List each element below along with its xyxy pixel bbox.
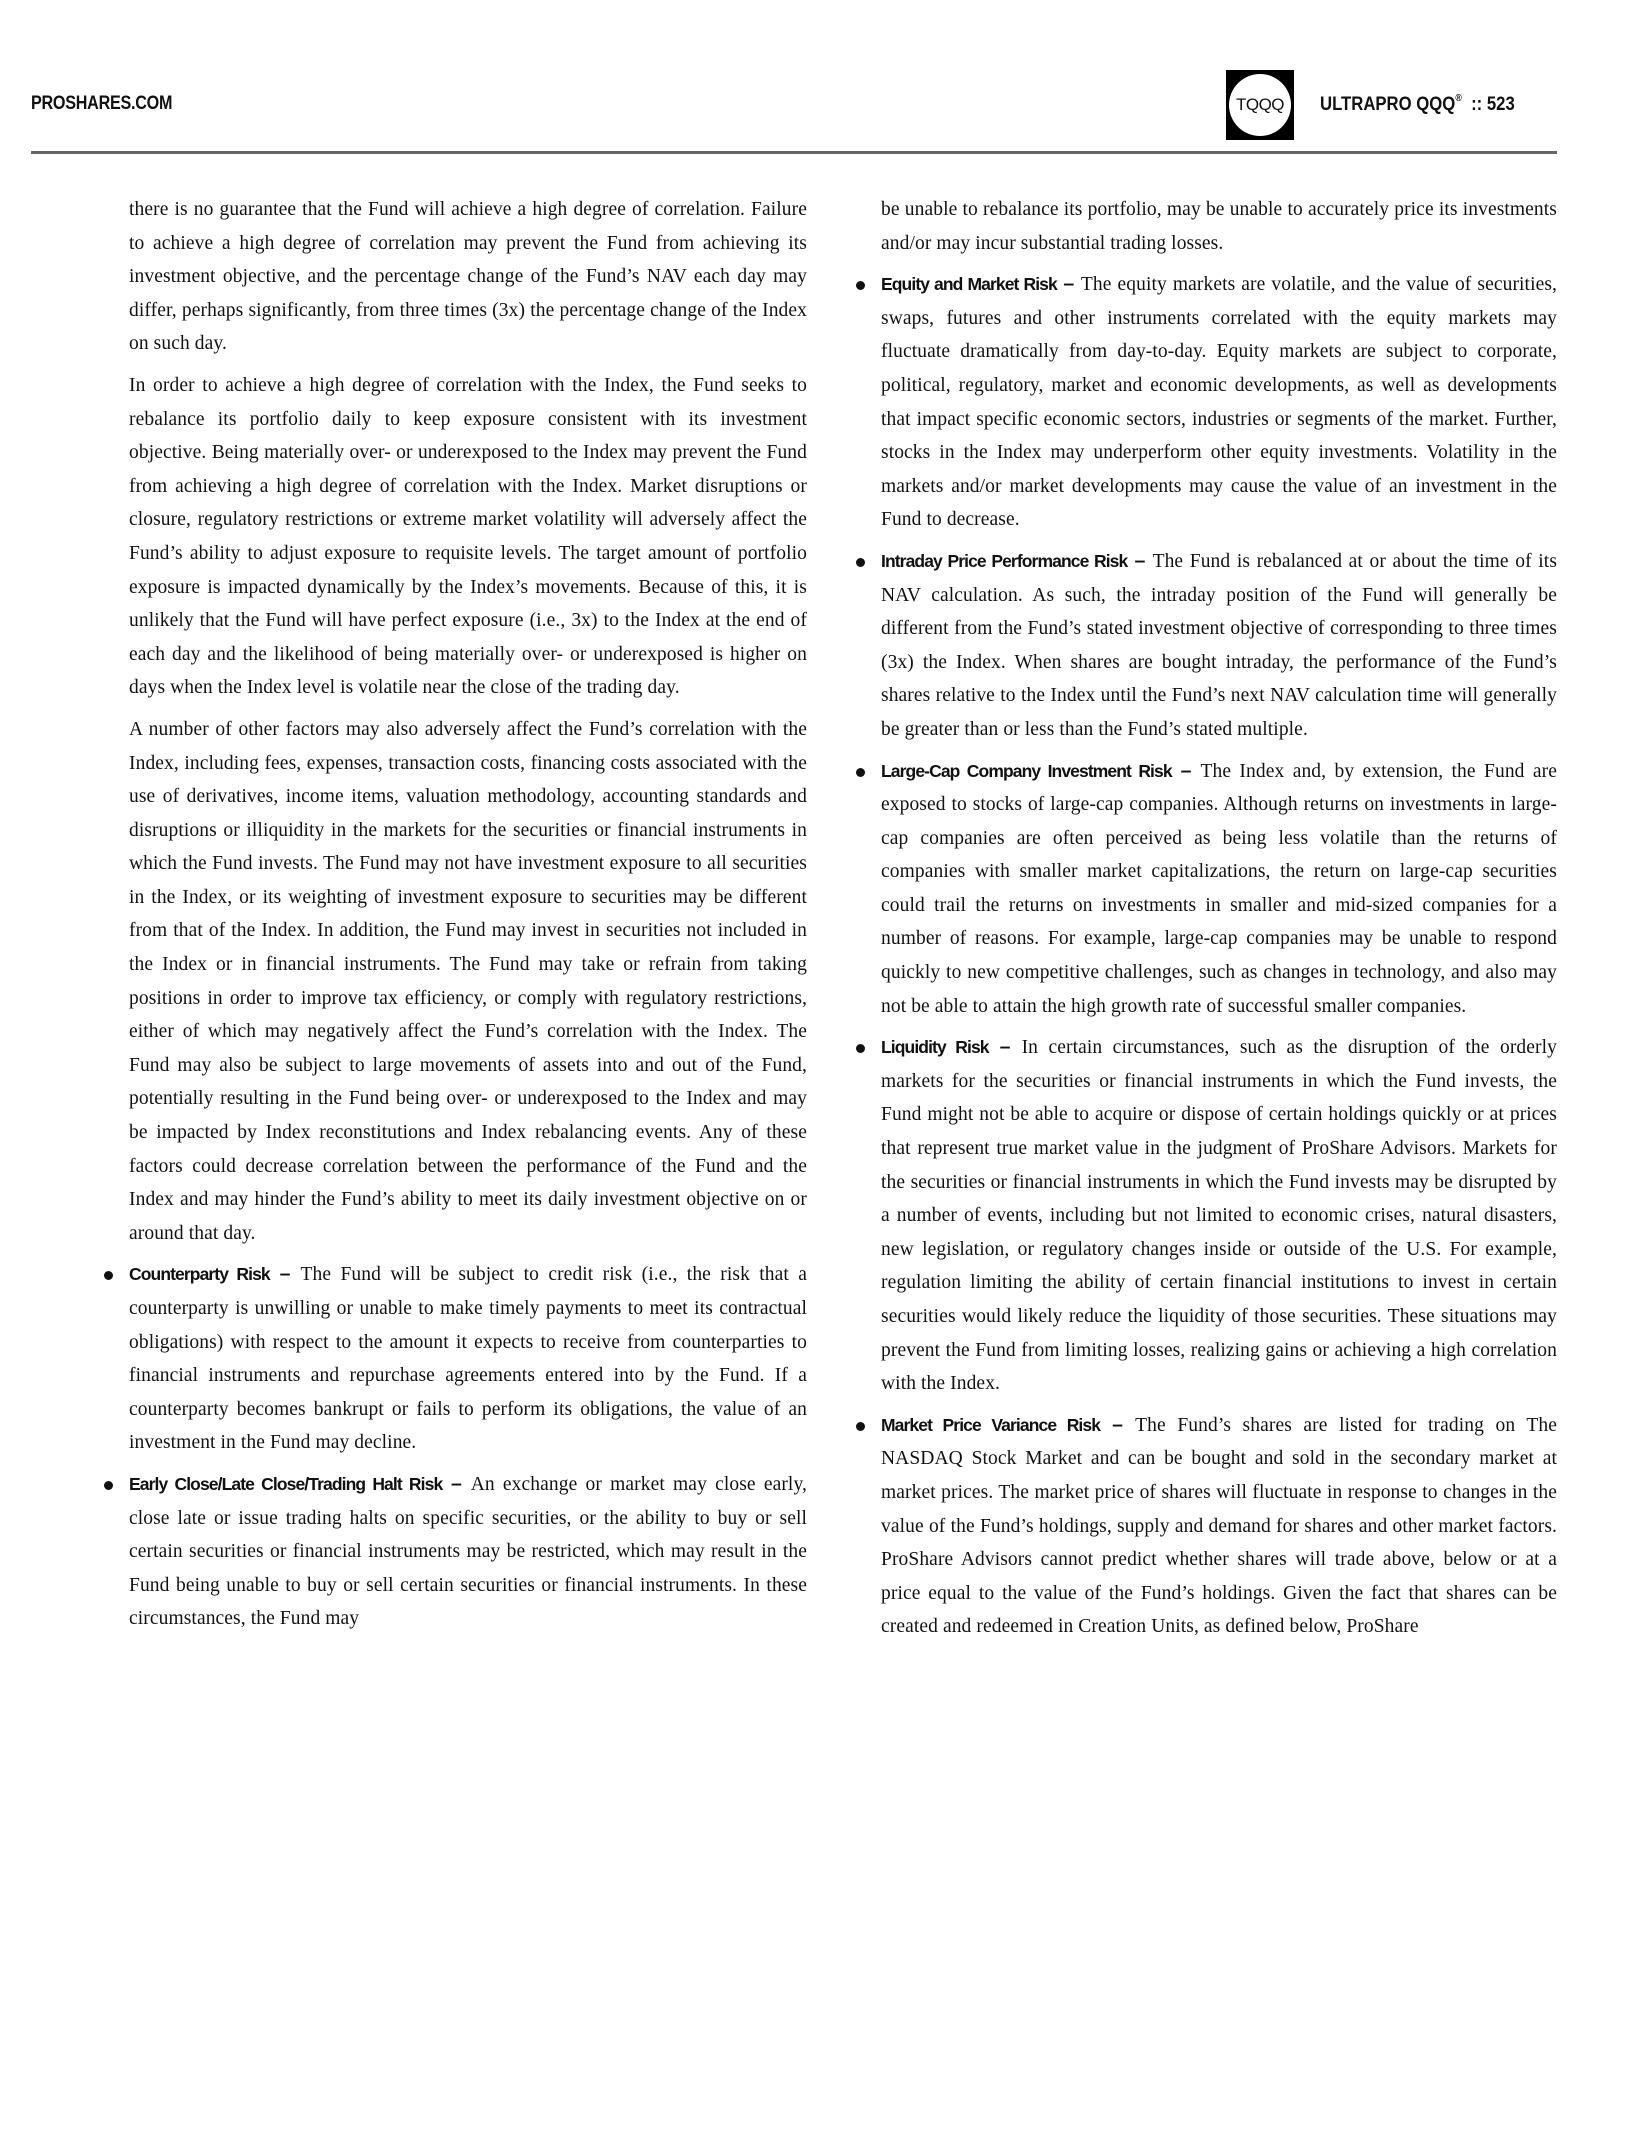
risk-title: Intraday Price Performance Risk bbox=[881, 551, 1127, 571]
ticker-badge-circle: TQQQ bbox=[1229, 74, 1291, 136]
risk-text: The Index and, by extension, the Fund ar… bbox=[881, 761, 1557, 1017]
risk-text: An exchange or market may close early, c… bbox=[129, 1474, 807, 1629]
right-column: be unable to rebalance its portfolio, ma… bbox=[881, 193, 1557, 1652]
risk-item-equity-market: Equity and Market Risk – The equity mark… bbox=[881, 268, 1557, 537]
header-rule bbox=[31, 151, 1557, 154]
risk-title: Early Close/Late Close/Trading Halt Risk bbox=[129, 1474, 442, 1494]
bullet-icon bbox=[856, 1044, 865, 1053]
risk-text: The Fund is rebalanced at or about the t… bbox=[881, 551, 1557, 740]
risk-item-intraday: Intraday Price Performance Risk – The Fu… bbox=[881, 545, 1557, 747]
paragraph: A number of other factors may also adver… bbox=[129, 713, 807, 1251]
em-dash: – bbox=[270, 1263, 301, 1285]
ticker-badge: TQQQ bbox=[1226, 70, 1294, 140]
registered-mark: ® bbox=[1455, 93, 1461, 104]
risk-title: Counterparty Risk bbox=[129, 1264, 270, 1284]
risk-title: Equity and Market Risk bbox=[881, 274, 1057, 294]
risk-title: Market Price Variance Risk bbox=[881, 1415, 1100, 1435]
risk-title: Liquidity Risk bbox=[881, 1037, 989, 1057]
risk-item-large-cap: Large-Cap Company Investment Risk – The … bbox=[881, 755, 1557, 1024]
em-dash: – bbox=[989, 1036, 1022, 1058]
risk-item-counterparty: Counterparty Risk – The Fund will be sub… bbox=[129, 1258, 807, 1460]
risk-text: In certain circumstances, such as the di… bbox=[881, 1037, 1557, 1394]
em-dash: – bbox=[1100, 1414, 1135, 1436]
bullet-icon bbox=[856, 558, 865, 567]
paragraph: there is no guarantee that the Fund will… bbox=[129, 193, 807, 361]
left-column: there is no guarantee that the Fund will… bbox=[129, 193, 807, 1644]
bullet-icon bbox=[104, 1271, 113, 1280]
ticker-label: TQQQ bbox=[1236, 95, 1284, 115]
page-number: 523 bbox=[1487, 94, 1515, 115]
bullet-icon bbox=[856, 768, 865, 777]
paragraph: In order to achieve a high degree of cor… bbox=[129, 369, 807, 705]
header-separator: :: bbox=[1471, 94, 1482, 115]
bullet-icon bbox=[104, 1481, 113, 1490]
em-dash: – bbox=[442, 1473, 470, 1495]
em-dash: – bbox=[1057, 273, 1081, 295]
fund-name: ULTRAPRO QQQ bbox=[1320, 94, 1455, 115]
site-name: PROSHARES.COM bbox=[31, 93, 172, 115]
risk-item-early-close: Early Close/Late Close/Trading Halt Risk… bbox=[129, 1468, 807, 1636]
bullet-icon bbox=[856, 281, 865, 290]
bullet-icon bbox=[856, 1422, 865, 1431]
paragraph-continuation: be unable to rebalance its portfolio, ma… bbox=[881, 193, 1557, 260]
em-dash: – bbox=[1172, 760, 1201, 782]
risk-title: Large-Cap Company Investment Risk bbox=[881, 761, 1172, 781]
running-header: ULTRAPRO QQQ® :: 523 bbox=[1320, 93, 1515, 116]
risk-text: The Fund will be subject to credit risk … bbox=[129, 1264, 807, 1453]
risk-text: The Fund’s shares are listed for trading… bbox=[881, 1415, 1557, 1638]
em-dash: – bbox=[1127, 550, 1152, 572]
risk-item-liquidity: Liquidity Risk – In certain circumstance… bbox=[881, 1031, 1557, 1401]
risk-item-market-price-variance: Market Price Variance Risk – The Fund’s … bbox=[881, 1409, 1557, 1644]
risk-text: The equity markets are volatile, and the… bbox=[881, 274, 1557, 530]
